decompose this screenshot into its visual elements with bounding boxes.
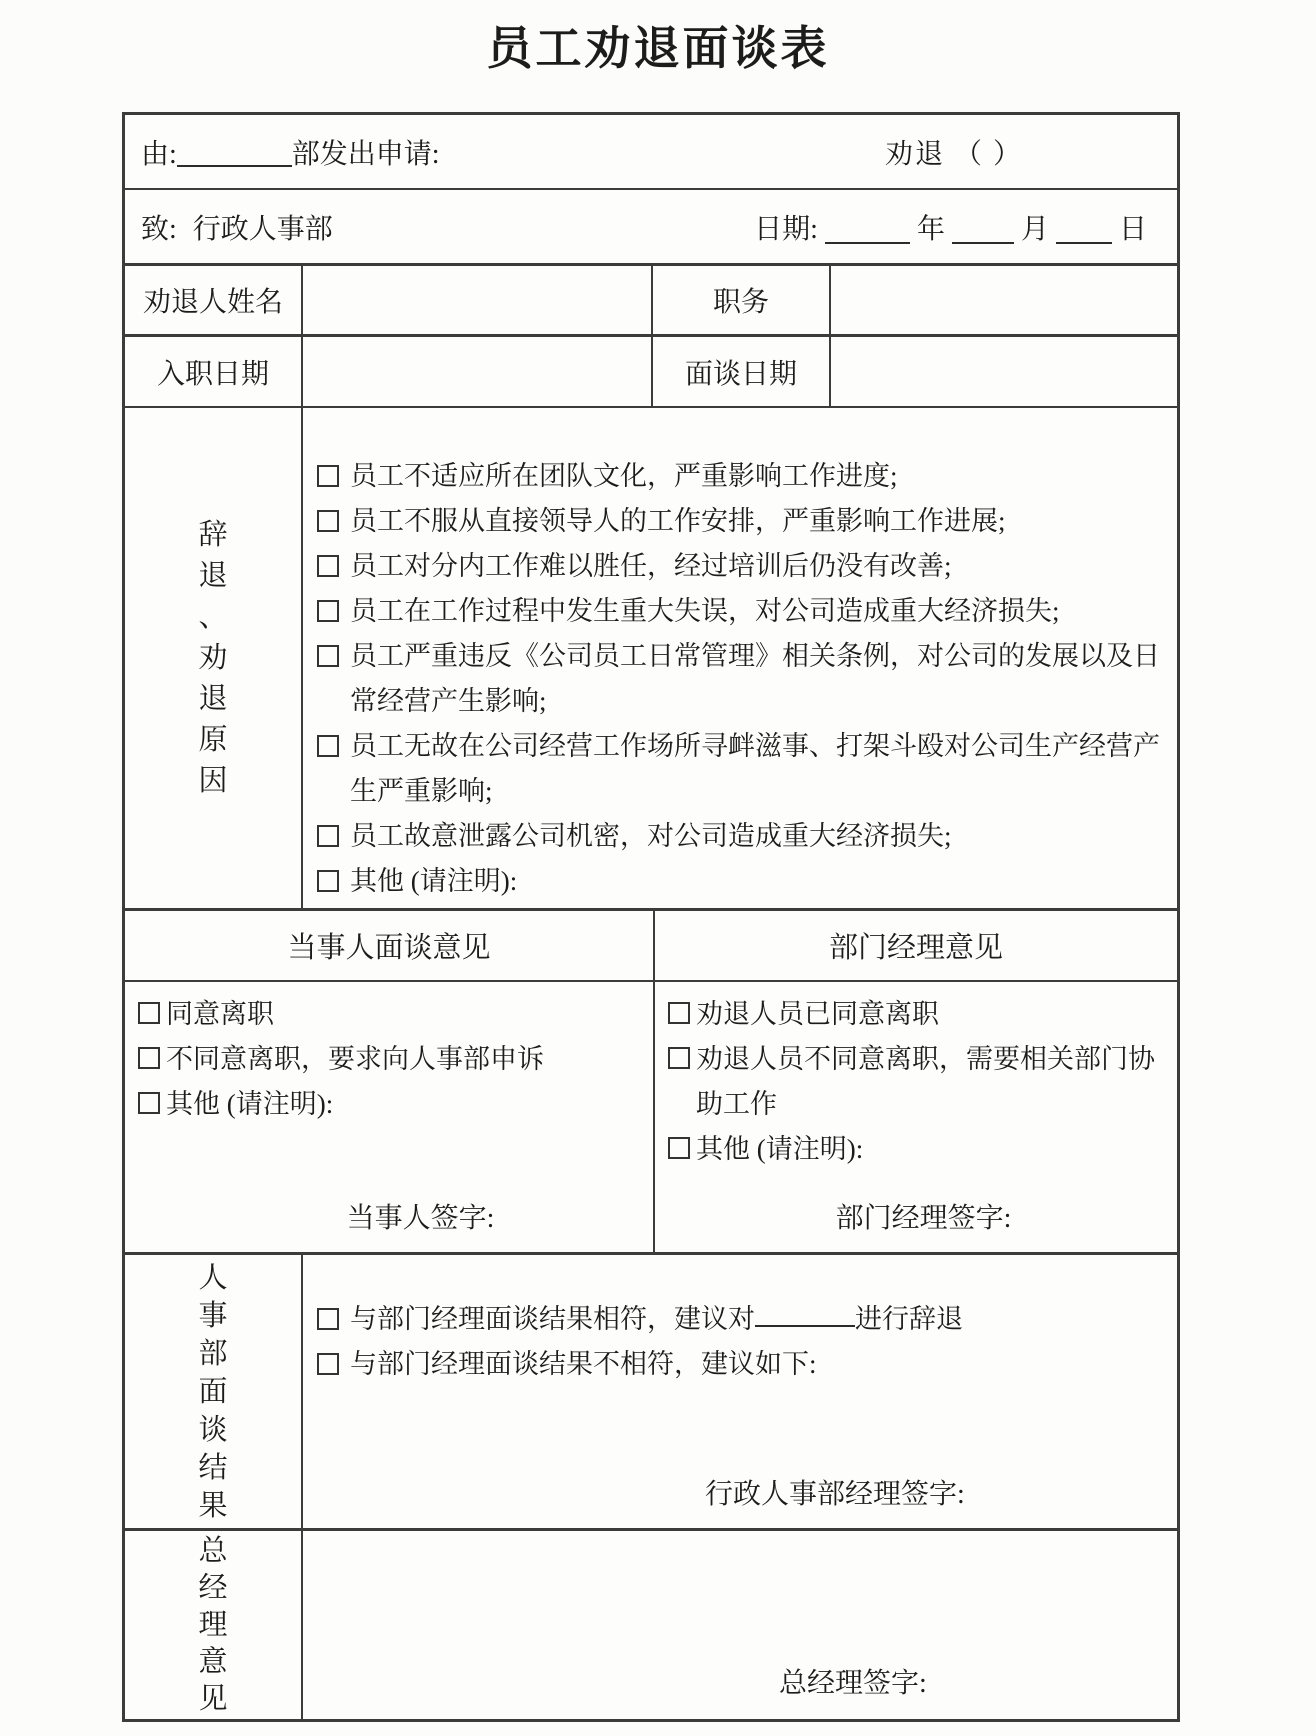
hr-item2-text: 与部门经理面谈结果不相符，建议如下: [350, 1342, 1171, 1387]
gm-signature-label[interactable]: 总经理签字: [317, 1661, 1171, 1701]
party-disagree-checkbox[interactable] [138, 1047, 160, 1069]
manager-opinion-item: 其他 (请注明): [668, 1127, 1173, 1172]
manager-opinion-cell[interactable]: 劝退人员已同意离职 劝退人员不同意离职，需要相关部门协助工作 其他 (请注明):… [655, 982, 1177, 1252]
reasons-section-label: 辞 退 、 劝 退 原 因 [198, 515, 227, 802]
interview-date-field[interactable] [831, 337, 1177, 406]
party-opinion-other-text: 其他 (请注明): [166, 1082, 649, 1127]
request-origin-row: 由: 部发出申请: 劝退 （ ） [125, 115, 1177, 188]
position-field[interactable] [831, 266, 1177, 334]
reasons-section-label-cell: 辞 退 、 劝 退 原 因 [125, 408, 303, 908]
date-label: 日期: [754, 214, 818, 245]
gm-opinion-cell[interactable]: 总经理签字: [303, 1531, 1177, 1719]
reason-other-text: 其他 (请注明): [350, 859, 1171, 904]
reason-item: 员工不适应所在团队文化，严重影响工作进度; [317, 454, 1171, 499]
party-signature-label[interactable]: 当事人签字: [138, 1196, 649, 1236]
department-blank[interactable] [177, 137, 292, 167]
name-position-row: 劝退人姓名 职务 [125, 263, 1177, 334]
dismissed-name-label: 劝退人姓名 [125, 266, 303, 334]
from-suffix-label: 部发出申请: [292, 132, 440, 172]
form-page: 员工劝退面谈表 由: 部发出申请: 劝退 （ ） 致: 行政人事部 日期: 年 … [0, 0, 1316, 1736]
manager-disagreed-checkbox[interactable] [668, 1047, 690, 1069]
date-day-blank[interactable] [1056, 214, 1112, 244]
reason-item: 员工对分内工作难以胜任，经过培训后仍没有改善; [317, 544, 1171, 589]
manager-signature-label[interactable]: 部门经理签字: [668, 1196, 1173, 1236]
party-opinion-cell[interactable]: 同意离职 不同意离职，要求向人事部申诉 其他 (请注明): 当事人签字: [125, 982, 655, 1252]
date-year-blank[interactable] [825, 214, 910, 244]
reason-checkbox-2[interactable] [317, 510, 339, 532]
dates-row: 入职日期 面谈日期 [125, 334, 1177, 406]
hr-manager-signature-label[interactable]: 行政人事部经理签字: [317, 1472, 1171, 1512]
reason-checkbox-3[interactable] [317, 555, 339, 577]
hr-item1-prefix: 与部门经理面谈结果相符，建议对 [350, 1297, 755, 1342]
reason-checkbox-1[interactable] [317, 465, 339, 487]
party-opinion-item: 同意离职 [138, 992, 649, 1037]
hire-date-label: 入职日期 [125, 337, 303, 406]
party-agree-checkbox[interactable] [138, 1002, 160, 1024]
manager-other-checkbox[interactable] [668, 1137, 690, 1159]
gm-section-label: 总 经 理 意 见 [198, 1533, 227, 1718]
manager-opinion-item: 劝退人员不同意离职，需要相关部门协助工作 [668, 1037, 1173, 1127]
hr-match-checkbox[interactable] [317, 1308, 339, 1330]
reasons-checklist: 员工不适应所在团队文化，严重影响工作进度; 员工不服从直接领导人的工作安排，严重… [303, 408, 1177, 908]
year-label: 年 [917, 214, 945, 245]
page-title: 员工劝退面谈表 [0, 12, 1316, 78]
dismissal-reasons-section: 辞 退 、 劝 退 原 因 员工不适应所在团队文化，严重影响工作进度; 员工不服… [125, 406, 1177, 908]
party-opinion-text: 同意离职 [166, 992, 649, 1037]
reason-text: 员工严重违反《公司员工日常管理》相关条例，对公司的发展以及日常经营产生影响; [350, 634, 1171, 724]
hr-section-label-cell: 人 事 部 面 谈 结 果 [125, 1255, 303, 1528]
hr-mismatch-checkbox[interactable] [317, 1353, 339, 1375]
opinion-header-row: 当事人面谈意见 部门经理意见 [125, 908, 1177, 980]
party-other-checkbox[interactable] [138, 1092, 160, 1114]
hr-result-item: 与部门经理面谈结果相符，建议对 进行辞退 [317, 1297, 1171, 1342]
dismissal-form-table: 由: 部发出申请: 劝退 （ ） 致: 行政人事部 日期: 年 月 日 劝退人姓… [122, 112, 1180, 1722]
date-field-group: 日期: 年 月 日 [754, 207, 1147, 247]
reason-text: 员工不服从直接领导人的工作安排，严重影响工作进展; [350, 499, 1171, 544]
reason-item: 其他 (请注明): [317, 859, 1171, 904]
party-opinion-header: 当事人面谈意见 [125, 911, 655, 980]
cell-spacer [668, 1172, 1173, 1196]
reason-text: 员工在工作过程中发生重大失误，对公司造成重大经济损失; [350, 589, 1171, 634]
reason-checkbox-other[interactable] [317, 870, 339, 892]
hr-result-section: 人 事 部 面 谈 结 果 与部门经理面谈结果相符，建议对 进行辞退 与部门经理… [125, 1252, 1177, 1528]
manager-agreed-checkbox[interactable] [668, 1002, 690, 1024]
date-month-blank[interactable] [952, 214, 1014, 244]
reason-item: 员工不服从直接领导人的工作安排，严重影响工作进展; [317, 499, 1171, 544]
reason-checkbox-6[interactable] [317, 735, 339, 757]
reason-checkbox-4[interactable] [317, 600, 339, 622]
day-label: 日 [1119, 214, 1147, 245]
reason-item: 员工严重违反《公司员工日常管理》相关条例，对公司的发展以及日常经营产生影响; [317, 634, 1171, 724]
hr-item1-suffix: 进行辞退 [855, 1297, 963, 1342]
interview-date-label: 面谈日期 [653, 337, 831, 406]
to-value: 行政人事部 [193, 207, 333, 247]
to-label: 致: [141, 207, 177, 247]
reason-text: 员工故意泄露公司机密，对公司造成重大经济损失; [350, 814, 1171, 859]
reason-text: 员工无故在公司经营工作场所寻衅滋事、打架斗殴对公司生产经营产生严重影响; [350, 724, 1171, 814]
hr-result-cell[interactable]: 与部门经理面谈结果相符，建议对 进行辞退 与部门经理面谈结果不相符，建议如下: … [303, 1255, 1177, 1528]
reason-checkbox-7[interactable] [317, 825, 339, 847]
reason-item: 员工无故在公司经营工作场所寻衅滋事、打架斗殴对公司生产经营产生严重影响; [317, 724, 1171, 814]
dismissed-name-field[interactable] [303, 266, 653, 334]
cell-spacer [317, 1387, 1171, 1472]
gm-opinion-section: 总 经 理 意 见 总经理签字: [125, 1528, 1177, 1719]
hr-section-label: 人 事 部 面 谈 结 果 [198, 1259, 227, 1525]
manager-opinion-header: 部门经理意见 [655, 911, 1177, 980]
manager-opinion-text: 劝退人员不同意离职，需要相关部门协助工作 [696, 1037, 1173, 1127]
gm-section-label-cell: 总 经 理 意 见 [125, 1531, 303, 1719]
reason-checkbox-5[interactable] [317, 645, 339, 667]
month-label: 月 [1021, 214, 1049, 245]
reason-text: 员工对分内工作难以胜任，经过培训后仍没有改善; [350, 544, 1171, 589]
reason-text: 员工不适应所在团队文化，严重影响工作进度; [350, 454, 1171, 499]
hire-date-field[interactable] [303, 337, 653, 406]
opinion-body-row: 同意离职 不同意离职，要求向人事部申诉 其他 (请注明): 当事人签字: 劝退人… [125, 980, 1177, 1252]
cell-spacer [138, 1127, 649, 1196]
party-opinion-text: 不同意离职，要求向人事部申诉 [166, 1037, 649, 1082]
from-label: 由: [141, 132, 177, 172]
party-opinion-item: 其他 (请注明): [138, 1082, 649, 1127]
hr-result-item: 与部门经理面谈结果不相符，建议如下: [317, 1342, 1171, 1387]
manager-opinion-other-text: 其他 (请注明): [696, 1127, 1173, 1172]
manager-opinion-item: 劝退人员已同意离职 [668, 992, 1173, 1037]
party-opinion-item: 不同意离职，要求向人事部申诉 [138, 1037, 649, 1082]
position-label: 职务 [653, 266, 831, 334]
manager-opinion-text: 劝退人员已同意离职 [696, 992, 1173, 1037]
cell-spacer [317, 1541, 1171, 1661]
addressee-row: 致: 行政人事部 日期: 年 月 日 [125, 188, 1177, 263]
reason-item: 员工故意泄露公司机密，对公司造成重大经济损失; [317, 814, 1171, 859]
hr-dismissed-name-blank[interactable] [755, 1297, 855, 1327]
dismiss-checkbox-label[interactable]: 劝退 （ ） [885, 132, 1023, 172]
reason-item: 员工在工作过程中发生重大失误，对公司造成重大经济损失; [317, 589, 1171, 634]
